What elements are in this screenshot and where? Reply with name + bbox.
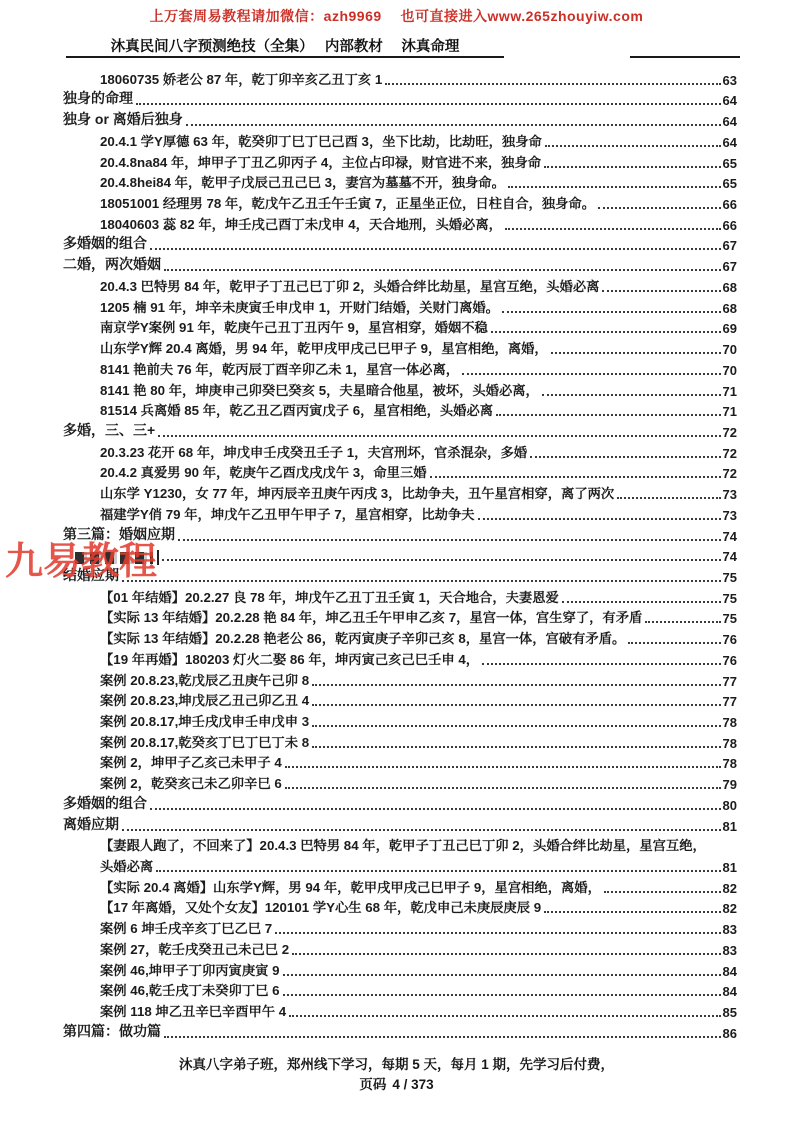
toc-entry-page-number: 84 (723, 984, 737, 1000)
toc-entry-page-number: 78 (723, 756, 737, 772)
dot-leader (628, 642, 720, 644)
dot-leader (508, 186, 721, 188)
dot-leader (385, 83, 720, 85)
toc-entry-title: 8141 艳 80 年，坤庚申己卯癸巳癸亥 5，夫星暗合他星，被坏，头婚必离， (100, 380, 539, 400)
toc-entry-title: 【实际 20.4 离婚】山东学Y辉，男 94 年，乾甲戌甲戌己巳甲子 9，星宫相… (100, 877, 601, 897)
dot-leader (122, 580, 721, 582)
toc-entry[interactable]: 山东学 Y1230，女 77 年，坤丙辰辛丑庚午丙戌 3，比劫争夫，丑午星宫相穿… (63, 482, 737, 503)
toc-entry-title: 18060735 娇老公 87 年，乾丁卯辛亥乙丑丁亥 1 (100, 69, 382, 89)
toc-entry-page-number: 75 (723, 591, 737, 607)
dot-leader (162, 559, 721, 561)
toc-entry-title: 18051001 经理男 78 年，乾戊午乙丑壬午壬寅 7，正星坐正位，日柱自合… (100, 193, 595, 213)
dot-leader (542, 394, 721, 396)
toc-entry-page-number: 68 (723, 301, 737, 317)
toc-entry[interactable]: 74 (63, 545, 737, 566)
toc-entry-page-number: 76 (723, 653, 737, 669)
toc-entry-title: 案例 2，乾癸亥己未乙卯辛巳 6 (100, 773, 282, 793)
toc-entry[interactable]: 多婚，三、三+ 72 (63, 420, 737, 441)
toc-entry[interactable]: 独身的命理 64 (63, 89, 737, 110)
toc-entry-title: 【妻跟人跑了，不回来了】20.4.3 巴特男 84 年，乾甲子丁丑己巳丁卯 2，… (100, 835, 706, 855)
toc-entry-title: 【19 年再婚】180203 灯火二娶 86 年，坤丙寅己亥己巳壬申 4， (100, 649, 479, 669)
toc-entry-title: 案例 20.8.23,坤戊辰乙丑己卯乙丑 4 (100, 690, 309, 710)
dot-leader (598, 207, 721, 209)
toc-entry[interactable]: 20.4.8na84 年，坤甲子丁丑乙卯丙子 4，主位占印禄，财官进不来，独身命… (63, 151, 737, 172)
toc-entry-title: 福建学Y俏 79 年，坤戊午乙丑甲午甲子 7，星宫相穿，比劫争夫 (100, 504, 475, 524)
toc-entry-page-number: 81 (723, 860, 737, 876)
toc-entry-title: 8141 艳前夫 76 年，乾丙辰丁酉辛卯乙未 1，星宫一体必离， (100, 359, 459, 379)
toc-entry[interactable]: 【01 年结婚】20.2.27 良 78 年，坤戊午乙丑丁丑壬寅 1，天合地合，… (63, 586, 737, 607)
dot-leader (178, 539, 721, 541)
toc-entry-page-number: 80 (723, 798, 737, 814)
toc-entry[interactable]: 18051001 经理男 78 年，乾戊午乙丑壬午壬寅 7，正星坐正位，日柱自合… (63, 192, 737, 213)
toc-entry-page-number: 83 (723, 922, 737, 938)
toc-entry[interactable]: 第四篇：做功篇 86 (63, 1021, 737, 1042)
toc-entry-page-number: 78 (723, 715, 737, 731)
toc-entry-page-number: 68 (723, 280, 737, 296)
toc-entry[interactable]: 【17 年离婚，又处个女友】120101 学Y心生 68 年，乾戊申己未庚辰庚辰… (63, 897, 737, 918)
toc-entry[interactable]: 18060735 娇老公 87 年，乾丁卯辛亥乙丑丁亥 1 63 (63, 68, 737, 89)
toc-entry[interactable]: 山东学Y辉 20.4 离婚，男 94 年，乾甲戌甲戌己巳甲子 9，星宫相绝，离婚… (63, 337, 737, 358)
toc-entry-page-number: 66 (723, 197, 737, 213)
toc-entry-title: 二婚，两次婚姻 (63, 254, 161, 275)
toc-entry-title: 案例 2，坤甲子乙亥己未甲子 4 (100, 752, 282, 772)
dot-leader (164, 1036, 721, 1038)
toc-entry-page-number: 65 (723, 156, 737, 172)
dot-leader (491, 331, 721, 333)
toc-entry-page-number: 77 (723, 694, 737, 710)
toc-entry[interactable]: 20.4.3 巴特男 84 年，乾甲子丁丑己巳丁卯 2，头婚合绊比劫星，星宫互绝… (63, 275, 737, 296)
toc-entry-title: 离婚应期 (63, 814, 119, 835)
dot-leader (312, 704, 720, 706)
toc-entry-page-number: 79 (723, 777, 737, 793)
toc-entry-page-number: 70 (723, 342, 737, 358)
dot-leader (645, 621, 720, 623)
toc-entry[interactable]: 福建学Y俏 79 年，坤戊午乙丑甲午甲子 7，星宫相穿，比劫争夫 73 (63, 503, 737, 524)
toc-entry[interactable]: 【实际 20.4 离婚】山东学Y辉，男 94 年，乾甲戌甲戌己巳甲子 9，星宫相… (63, 876, 737, 897)
toc-entry-title: 案例 46,坤甲子丁卯丙寅庚寅 9 (100, 960, 280, 980)
toc-entry-page-number: 86 (723, 1026, 737, 1042)
toc-entry-title: 第三篇：婚姻应期 (63, 524, 175, 545)
footer-page-number: 4 / 373 (392, 1077, 433, 1092)
dot-leader (312, 746, 720, 748)
toc-entry-page-number: 77 (723, 674, 737, 690)
toc-entry-page-number: 64 (723, 135, 737, 151)
dot-leader (496, 414, 720, 416)
dot-leader (562, 601, 721, 603)
toc-entry[interactable]: 【实际 13 年结婚】20.2.28 艳老公 86，乾丙寅庚子辛卯己亥 8，星宫… (63, 627, 737, 648)
toc-entry-title-continued: 头婚必离 (100, 856, 153, 876)
toc-entry-title: 南京学Y案例 91 年，乾庚午己丑丁丑丙午 9，星宫相穿，婚姻不稳 (100, 317, 488, 337)
toc-entry-title: 山东学 Y1230，女 77 年，坤丙辰辛丑庚午丙戌 3，比劫争夫，丑午星宫相穿… (100, 483, 614, 503)
dot-leader (283, 994, 721, 996)
toc-entry-title: 案例 46,乾壬戌丁未癸卯丁巳 6 (100, 980, 280, 1000)
toc-entry[interactable]: 案例 46,坤甲子丁卯丙寅庚寅 9 84 (63, 959, 737, 980)
toc-entry-page-number: 63 (723, 73, 737, 89)
toc-entry[interactable]: 【妻跟人跑了，不回来了】20.4.3 巴特男 84 年，乾甲子丁丑己巳丁卯 2，… (63, 835, 737, 876)
document-header-title: 沐真民间八字预测绝技（全集） 内部教材 沐真命理 (66, 35, 504, 56)
dot-leader (136, 103, 721, 105)
toc-entry-title: 多婚姻的组合 (63, 793, 147, 814)
toc-entry-title: 独身的命理 (63, 88, 133, 109)
toc-entry-page-number: 72 (723, 425, 737, 441)
dot-leader (283, 974, 721, 976)
toc-entry-page-number: 74 (723, 529, 737, 545)
dot-leader (482, 663, 720, 665)
toc-entry-page-number: 82 (723, 901, 737, 917)
toc-entry-title: 山东学Y辉 20.4 离婚，男 94 年，乾甲戌甲戌己巳甲子 9，星宫相绝，离婚… (100, 338, 548, 358)
dot-leader (505, 228, 721, 230)
toc-entry-page-number: 71 (723, 404, 737, 420)
toc-entry[interactable]: 南京学Y案例 91 年，乾庚午己丑丁丑丙午 9，星宫相穿，婚姻不稳 69 (63, 317, 737, 338)
dot-leader (122, 829, 721, 831)
toc-entry-page-number: 85 (723, 1005, 737, 1021)
toc-entry-title: 81514 兵离婚 85 年，乾乙丑乙酉丙寅戊子 6，星宫相绝，头婚必离 (100, 400, 493, 420)
promo-banner-text: 上万套周易教程请加微信：azh9969 也可直接进入www.265zhouyiw… (0, 6, 793, 26)
toc-entry[interactable]: 案例 2，坤甲子乙亥己未甲子 4 78 (63, 752, 737, 773)
footer-page-label: 页码 (359, 1077, 386, 1092)
toc-entry-title: 【实际 13 年结婚】20.2.28 艳 84 年，坤乙丑壬午甲申乙亥 7，星宫… (100, 607, 642, 627)
toc-entry[interactable]: 案例 46,乾壬戌丁未癸卯丁巳 6 84 (63, 980, 737, 1001)
footer-course-info: 沐真八字弟子班，郑州线下学习，每期 5 天，每月 1 期，先学习后付费， (0, 1053, 793, 1073)
toc-entry-title: 20.4.2 真爱男 90 年，乾庚午乙酉戊戌戊午 3，命里三婚 (100, 462, 427, 482)
dot-leader (150, 808, 721, 810)
toc-entry-title: 案例 20.8.17,乾癸亥丁巳丁巳丁未 8 (100, 732, 309, 752)
toc-entry-page-number: 69 (723, 321, 737, 337)
dot-leader (285, 766, 721, 768)
toc-entry[interactable]: 20.4.2 真爱男 90 年，乾庚午乙酉戊戌戊午 3，命里三婚 72 (63, 462, 737, 483)
toc-entry-title: 20.4.8hei84 年，乾甲子戊辰己丑己巳 3，妻宫为墓墓不开，独身命。 (100, 172, 505, 192)
toc-entry-page-number: 78 (723, 736, 737, 752)
toc-entry-page-number: 83 (723, 943, 737, 959)
toc-entry[interactable]: 案例 27，乾壬戌癸丑己未己巳 2 83 (63, 938, 737, 959)
toc-entry[interactable]: 多婚姻的组合 80 (63, 793, 737, 814)
toc-entry-title: 独身 or 离婚后独身 (63, 109, 183, 130)
toc-entry[interactable]: 第三篇：婚姻应期 74 (63, 524, 737, 545)
dot-leader (617, 497, 720, 499)
footer-course-info-bold: 先学习后付费， (520, 1057, 615, 1072)
toc-entry[interactable]: 案例 2，乾癸亥己未乙卯辛巳 6 79 (63, 772, 737, 793)
toc-entry-title: 第四篇：做功篇 (63, 1021, 161, 1042)
toc-entry-page-number: 66 (723, 218, 737, 234)
header-rule-right (630, 56, 740, 58)
toc-entry-page-number: 73 (723, 508, 737, 524)
dot-leader (289, 1015, 720, 1017)
cursor-bar-artifact (157, 550, 159, 565)
toc-entry[interactable]: 【19 年再婚】180203 灯火二娶 86 年，坤丙寅己亥己巳壬申 4， 76 (63, 648, 737, 669)
toc-entry[interactable]: 案例 20.8.17,乾癸亥丁巳丁巳丁未 8 78 (63, 731, 737, 752)
toc-entry-page-number: 82 (723, 881, 737, 897)
dot-leader (544, 166, 720, 168)
toc-entry-page-number: 81 (723, 819, 737, 835)
toc-entry-page-number: 64 (723, 114, 737, 130)
dot-leader (312, 725, 720, 727)
toc-entry-page-number: 64 (723, 93, 737, 109)
toc-entry-page-number: 75 (723, 611, 737, 627)
dot-leader (551, 352, 721, 354)
obscured-text-fragment (75, 552, 153, 564)
toc-entry-page-number: 72 (723, 446, 737, 462)
toc-entry-title: 案例 6 坤壬戌辛亥丁巳乙巳 7 (100, 918, 272, 938)
toc-entry-title: 20.4.3 巴特男 84 年，乾甲子丁丑己巳丁卯 2，头婚合绊比劫星，星宫互绝… (100, 276, 599, 296)
toc-entry-title: 多婚，三、三+ (63, 420, 155, 441)
header-rule-main (66, 56, 504, 58)
toc-entry-title: 案例 27，乾壬戌癸丑己未己巳 2 (100, 939, 289, 959)
dot-leader (430, 476, 721, 478)
toc-entry-title: 20.4.8na84 年，坤甲子丁丑乙卯丙子 4，主位占印禄，财官进不来，独身命 (100, 152, 541, 172)
dot-leader (158, 435, 720, 437)
toc-entry[interactable]: 1205 楠 91 年，坤辛未庚寅壬申戊申 1，开财门结婚，关财门离婚。 68 (63, 296, 737, 317)
toc-entry-page-number: 71 (723, 384, 737, 400)
toc-entry-page-number: 72 (723, 466, 737, 482)
dot-leader (602, 290, 720, 292)
toc-entry-title: 18040603 蕊 82 年，坤壬戌己酉丁未戊申 4，天合地刑，头婚必离， (100, 214, 502, 234)
toc-entry[interactable]: 独身 or 离婚后独身 64 (63, 109, 737, 130)
toc-entry-title: 案例 118 坤乙丑辛巳辛酉甲午 4 (100, 1001, 286, 1021)
toc-entry[interactable]: 案例 20.8.17,坤壬戌戊申壬申戊申 3 78 (63, 710, 737, 731)
toc-entry[interactable]: 离婚应期 81 (63, 814, 737, 835)
toc-entry-page-number: 76 (723, 632, 737, 648)
toc-entry[interactable]: 二婚，两次婚姻 67 (63, 254, 737, 275)
dot-leader (544, 911, 720, 913)
toc-entry-title: 【17 年离婚，又处个女友】120101 学Y心生 68 年，乾戊申己未庚辰庚辰… (100, 897, 541, 917)
toc-entry[interactable]: 8141 艳前夫 76 年，乾丙辰丁酉辛卯乙未 1，星宫一体必离， 70 (63, 358, 737, 379)
toc-entry-title: 1205 楠 91 年，坤辛未庚寅壬申戊申 1，开财门结婚，关财门离婚。 (100, 297, 499, 317)
toc-entry-title: 案例 20.8.17,坤壬戌戊申壬申戊申 3 (100, 711, 309, 731)
toc-entry[interactable]: 案例 6 坤壬戌辛亥丁巳乙巳 7 83 (63, 917, 737, 938)
toc-entry[interactable]: 8141 艳 80 年，坤庚申己卯癸巳癸亥 5，夫星暗合他星，被坏，头婚必离， … (63, 379, 737, 400)
toc-entry-page-number: 65 (723, 176, 737, 192)
dot-leader (312, 684, 720, 686)
toc-entry-page-number: 70 (723, 363, 737, 379)
document-page: 上万套周易教程请加微信：azh9969 也可直接进入www.265zhouyiw… (0, 0, 793, 1121)
toc-entry-title: 结婚应期 (63, 565, 119, 586)
toc-entry[interactable]: 多婚姻的组合 67 (63, 234, 737, 255)
toc-entry-page-number: 84 (723, 964, 737, 980)
dot-leader (502, 311, 721, 313)
toc-entry-title: 【01 年结婚】20.2.27 良 78 年，坤戊午乙丑丁丑壬寅 1，天合地合，… (100, 587, 559, 607)
dot-leader (545, 145, 721, 147)
toc-entry[interactable]: 【实际 13 年结婚】20.2.28 艳 84 年，坤乙丑壬午甲申乙亥 7，星宫… (63, 607, 737, 628)
toc-entry[interactable]: 20.4.1 学Y厚德 63 年，乾癸卯丁巳丁巳己酉 3，坐下比劫，比劫旺，独身… (63, 130, 737, 151)
toc-entry-title: 多婚姻的组合 (63, 233, 147, 254)
toc-entry[interactable]: 案例 20.8.23,乾戊辰乙丑庚午己卯 8 77 (63, 669, 737, 690)
dot-leader (478, 518, 721, 520)
toc-entry-title: 【实际 13 年结婚】20.2.28 艳老公 86，乾丙寅庚子辛卯己亥 8，星宫… (100, 628, 625, 648)
toc-entry[interactable]: 案例 20.8.23,坤戊辰乙丑己卯乙丑 4 77 (63, 690, 737, 711)
toc-entry-page-number: 73 (723, 487, 737, 503)
dot-leader (462, 373, 720, 375)
dot-leader (156, 870, 720, 872)
toc-entry-title: 20.4.1 学Y厚德 63 年，乾癸卯丁巳丁巳己酉 3，坐下比劫，比劫旺，独身… (100, 131, 542, 151)
dot-leader (150, 248, 721, 250)
footer-page-indicator: 页码4 / 373 (0, 1073, 793, 1093)
dot-leader (275, 932, 720, 934)
toc-entry-page-number: 74 (723, 549, 737, 565)
dot-leader (530, 456, 720, 458)
dot-leader (604, 891, 721, 893)
toc-entry[interactable]: 案例 118 坤乙丑辛巳辛酉甲午 4 85 (63, 1000, 737, 1021)
dot-leader (164, 269, 721, 271)
toc-entry[interactable]: 18040603 蕊 82 年，坤壬戌己酉丁未戊申 4，天合地刑，头婚必离， 6… (63, 213, 737, 234)
toc-entry[interactable]: 20.3.23 花开 68 年，坤戊申壬戌癸丑壬子 1，夫宫刑坏，官杀混杂，多婚… (63, 441, 737, 462)
toc-entry[interactable]: 结婚应期 75 (63, 565, 737, 586)
toc-entry[interactable]: 20.4.8hei84 年，乾甲子戊辰己丑己巳 3，妻宫为墓墓不开，独身命。 6… (63, 172, 737, 193)
dot-leader (186, 124, 721, 126)
toc-entry-title: 案例 20.8.23,乾戊辰乙丑庚午己卯 8 (100, 670, 309, 690)
dot-leader (292, 953, 720, 955)
toc-entry-page-number: 75 (723, 570, 737, 586)
toc-entry[interactable]: 81514 兵离婚 85 年，乾乙丑乙酉丙寅戊子 6，星宫相绝，头婚必离 71 (63, 400, 737, 421)
footer-course-info-normal: 沐真八字弟子班，郑州线下学习，每期 5 天，每月 1 期， (179, 1057, 520, 1072)
toc-entry-page-number: 67 (723, 238, 737, 254)
toc-entry-title: 20.3.23 花开 68 年，坤戊申壬戌癸丑壬子 1，夫宫刑坏，官杀混杂，多婚 (100, 442, 527, 462)
dot-leader (285, 787, 721, 789)
toc-entry-page-number: 67 (723, 259, 737, 275)
table-of-contents: 18060735 娇老公 87 年，乾丁卯辛亥乙丑丁亥 1 63 独身的命理 6… (63, 68, 737, 1042)
